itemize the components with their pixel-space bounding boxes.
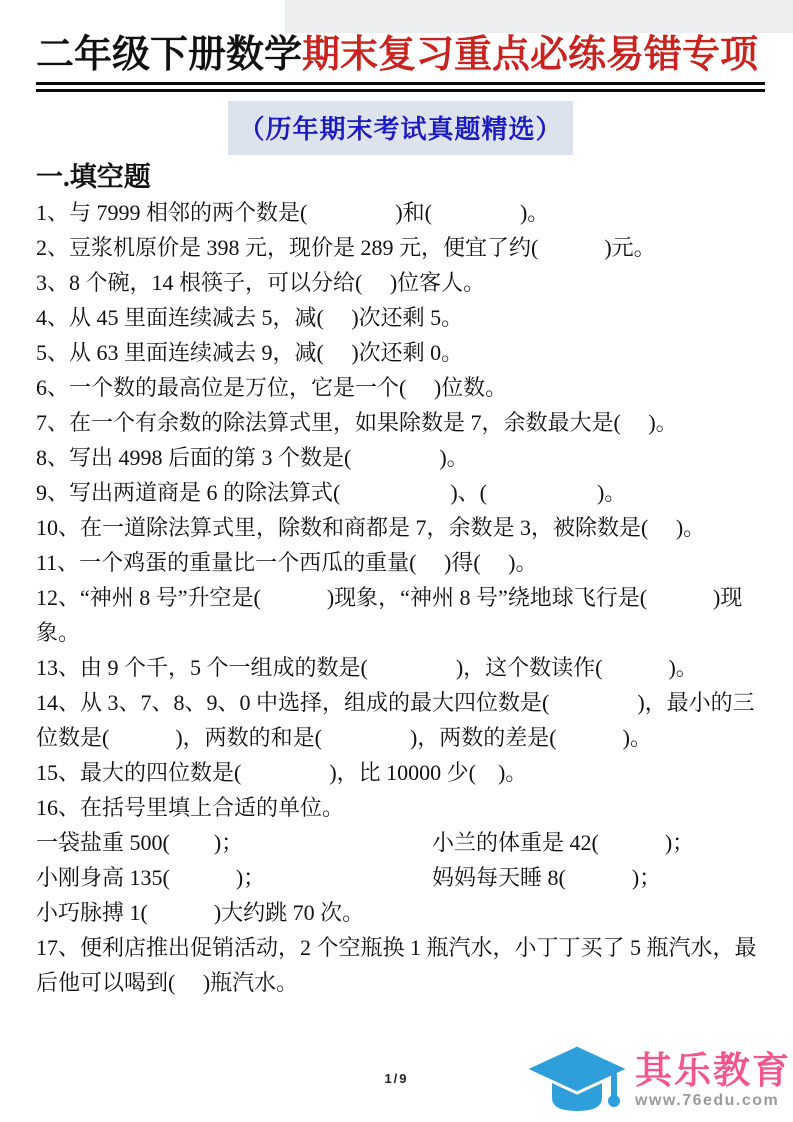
worksheet-content: 二年级下册数学期末复习重点必练易错专项 （历年期末考试真题精选） 一.填空题 1… <box>0 0 793 1000</box>
title-course-part: 二年级下册数学 <box>36 34 302 76</box>
question-9: 9、写出两道商是 6 的除法算式( )、( )。 <box>36 475 765 510</box>
title-topic-part: 期末复习重点必练易错专项 <box>302 34 758 76</box>
section-heading: 一.填空题 <box>36 163 765 193</box>
question-1: 1、与 7999 相邻的两个数是( )和( )。 <box>36 195 765 230</box>
question-14: 14、从 3、7、8、9、0 中选择，组成的最大四位数是( )，最小的三位数是(… <box>36 685 765 755</box>
question-7: 7、在一个有余数的除法算式里，如果除数是 7，余数最大是( )。 <box>36 405 765 440</box>
question-17: 17、便利店推出促销活动，2 个空瓶换 1 瓶汽水，小丁丁买了 5 瓶汽水，最后… <box>36 930 765 1000</box>
subtitle-badge: （历年期末考试真题精选） <box>228 101 572 155</box>
question-13: 13、由 9 个千，5 个一组成的数是( )，这个数读作( )。 <box>36 650 765 685</box>
unit-blank-weight: 小兰的体重是 42( )； <box>432 825 765 860</box>
subtitle-row: （历年期末考试真题精选） <box>36 101 765 155</box>
worksheet-page: 二年级下册数学期末复习重点必练易错专项 （历年期末考试真题精选） 一.填空题 1… <box>0 0 793 1122</box>
question-4: 4、从 45 里面连续减去 5，减( )次还剩 5。 <box>36 300 765 335</box>
page-title: 二年级下册数学期末复习重点必练易错专项 <box>36 34 765 78</box>
question-12: 12、“神州 8 号”升空是( )现象，“神州 8 号”绕地球飞行是( )现象。 <box>36 580 765 650</box>
unit-blank-sleep: 妈妈每天睡 8( )； <box>432 860 765 895</box>
brand-url: www.76edu.com <box>635 1092 791 1110</box>
title-double-underline <box>36 82 765 92</box>
question-10: 10、在一道除法算式里，除数和商都是 7，余数是 3，被除数是( )。 <box>36 510 765 545</box>
graduation-cap-icon <box>521 1042 633 1120</box>
question-2: 2、豆浆机原价是 398 元，现价是 289 元，便宜了约( )元。 <box>36 230 765 265</box>
unit-blank-salt: 一袋盐重 500( )； <box>36 825 432 860</box>
question-16-units-row-2: 小刚身高 135( )； 妈妈每天睡 8( )； <box>36 860 765 895</box>
question-5: 5、从 63 里面连续减去 9，减( )次还剩 0。 <box>36 335 765 370</box>
brand-logo: 其乐教育 www.76edu.com <box>521 1042 791 1120</box>
question-list: 1、与 7999 相邻的两个数是( )和( )。 2、豆浆机原价是 398 元，… <box>36 195 765 1000</box>
question-6: 6、一个数的最高位是万位，它是一个( )位数。 <box>36 370 765 405</box>
question-16-units-row-3: 小巧脉搏 1( )大约跳 70 次。 <box>36 895 765 930</box>
unit-blank-pulse: 小巧脉搏 1( )大约跳 70 次。 <box>36 895 432 930</box>
question-11: 11、一个鸡蛋的重量比一个西瓜的重量( )得( )。 <box>36 545 765 580</box>
question-3: 3、8 个碗，14 根筷子，可以分给( )位客人。 <box>36 265 765 300</box>
unit-blank-empty <box>432 895 765 930</box>
question-16: 16、在括号里填上合适的单位。 <box>36 790 765 825</box>
brand-name: 其乐教育 <box>635 1052 791 1089</box>
question-16-units-row-1: 一袋盐重 500( )； 小兰的体重是 42( )； <box>36 825 765 860</box>
brand-text: 其乐教育 www.76edu.com <box>635 1052 791 1110</box>
unit-blank-height: 小刚身高 135( )； <box>36 860 432 895</box>
question-15: 15、最大的四位数是( )，比 10000 少( )。 <box>36 755 765 790</box>
question-8: 8、写出 4998 后面的第 3 个数是( )。 <box>36 440 765 475</box>
